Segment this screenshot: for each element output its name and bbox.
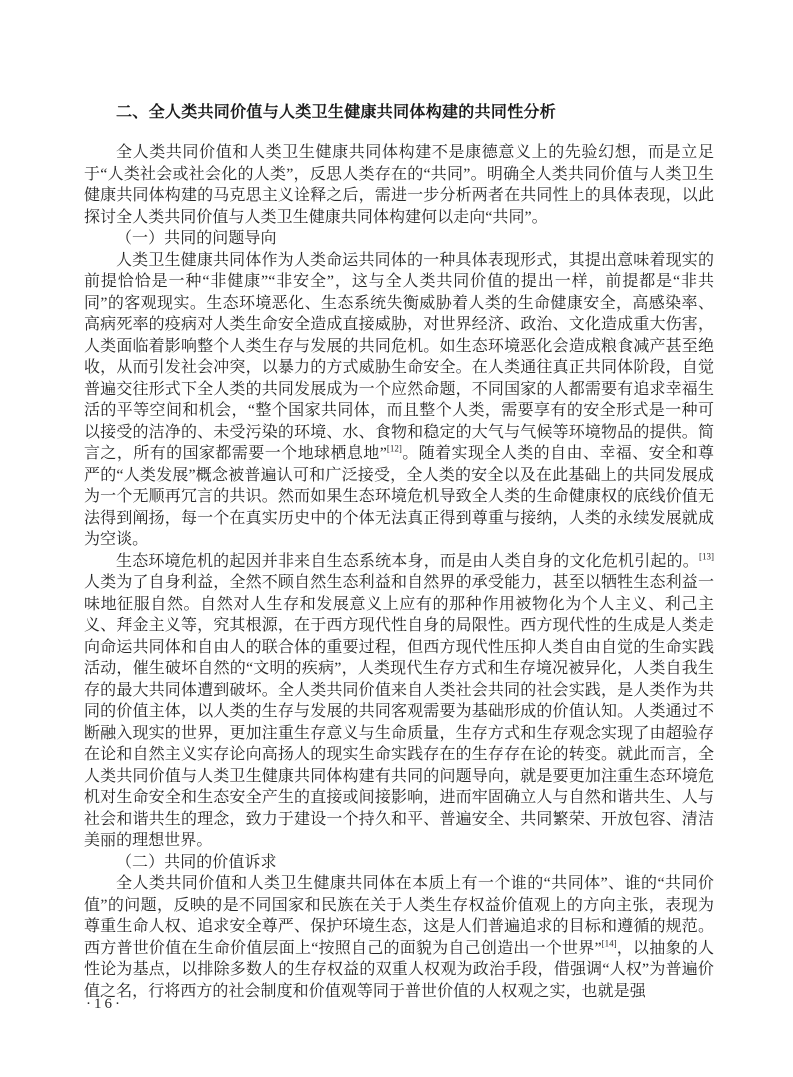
page-number: ·16· xyxy=(86,996,123,1013)
subheading: （二）共同的价值诉求 xyxy=(84,852,714,874)
paragraph: 全人类共同价值和人类卫生健康共同体构建不是康德意义上的先验幻想，而是立足于“人类… xyxy=(84,142,714,228)
section-heading: 二、全人类共同价值与人类卫生健康共同体构建的共同性分析 xyxy=(84,101,714,123)
paragraph: 人类卫生健康共同体作为人类命运共同体的一种具体表现形式，其提出意味着现实的前提恰… xyxy=(84,250,714,551)
subheading: （一）共同的问题导向 xyxy=(84,228,714,250)
document-page: 二、全人类共同价值与人类卫生健康共同体构建的共同性分析 全人类共同价值和人类卫生… xyxy=(0,0,793,1077)
citation-ref: [13] xyxy=(699,551,714,561)
citation-ref: [12] xyxy=(387,444,402,454)
paragraph: 全人类共同价值和人类卫生健康共同体在本质上有一个谁的“共同体”、谁的“共同价值”… xyxy=(84,873,714,1002)
article-content: 二、全人类共同价值与人类卫生健康共同体构建的共同性分析 全人类共同价值和人类卫生… xyxy=(84,101,714,1002)
article-body: 全人类共同价值和人类卫生健康共同体构建不是康德意义上的先验幻想，而是立足于“人类… xyxy=(84,142,714,1002)
paragraph: 生态环境危机的起因并非来自生态系统本身，而是由人类自身的文化危机引起的。[13]… xyxy=(84,551,714,852)
citation-ref: [14] xyxy=(602,938,617,948)
